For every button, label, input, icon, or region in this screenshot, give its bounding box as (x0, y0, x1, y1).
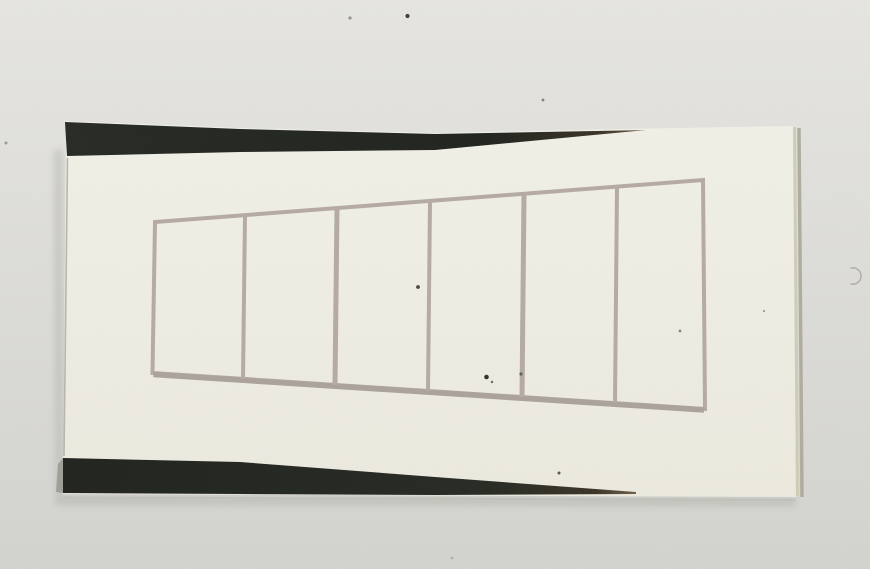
gallery-photograph (0, 0, 870, 569)
film-grain-overlay (0, 0, 870, 569)
artwork-photo-svg (0, 0, 870, 569)
